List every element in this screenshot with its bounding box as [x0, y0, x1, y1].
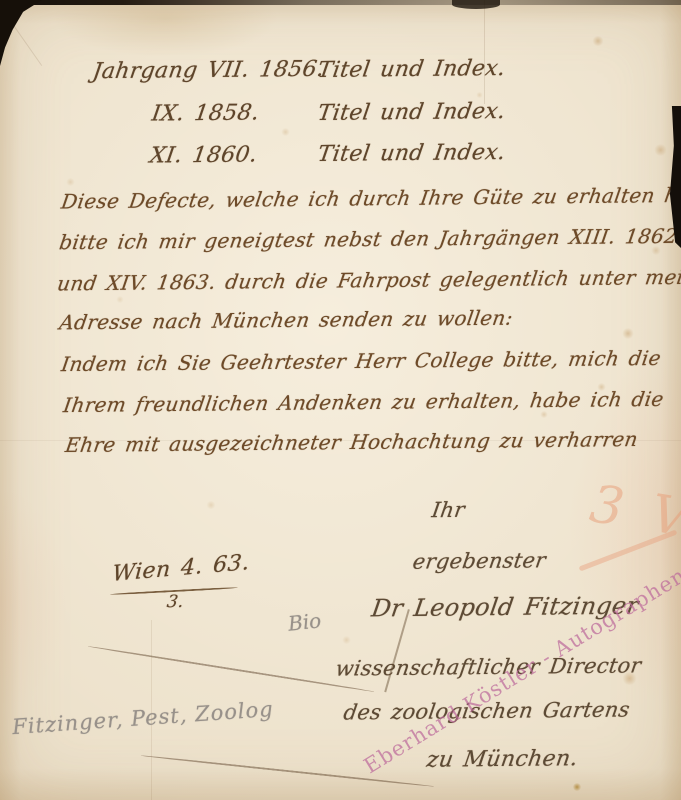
letter-body-line: Adresse nach München senden zu wollen:	[58, 306, 515, 335]
closing-valediction: ergebenster	[411, 548, 547, 573]
signature-title-line: zu München.	[425, 746, 580, 773]
dateline-denominator: 3.	[166, 592, 186, 612]
header-volume-text: Jahrgang VII. 1856.	[91, 57, 326, 84]
header-titel-text: Titel und Index.	[316, 56, 507, 83]
header-volume-text: IX. 1858.	[150, 100, 261, 126]
header-titel-text: Titel und Index.	[316, 99, 507, 126]
signature-title-line: wissenschaftlicher Director	[334, 653, 643, 680]
closing-salutation: Ihr	[430, 498, 466, 522]
pencil-code: Bio	[287, 608, 322, 635]
fold-crease-vertical-top	[484, 0, 485, 104]
header-volume-text: XI. 1860.	[148, 142, 259, 168]
torn-top-edge	[0, 0, 681, 5]
header-titel-text: Titel und Index.	[316, 140, 507, 167]
torn-top-notch	[452, 0, 500, 9]
